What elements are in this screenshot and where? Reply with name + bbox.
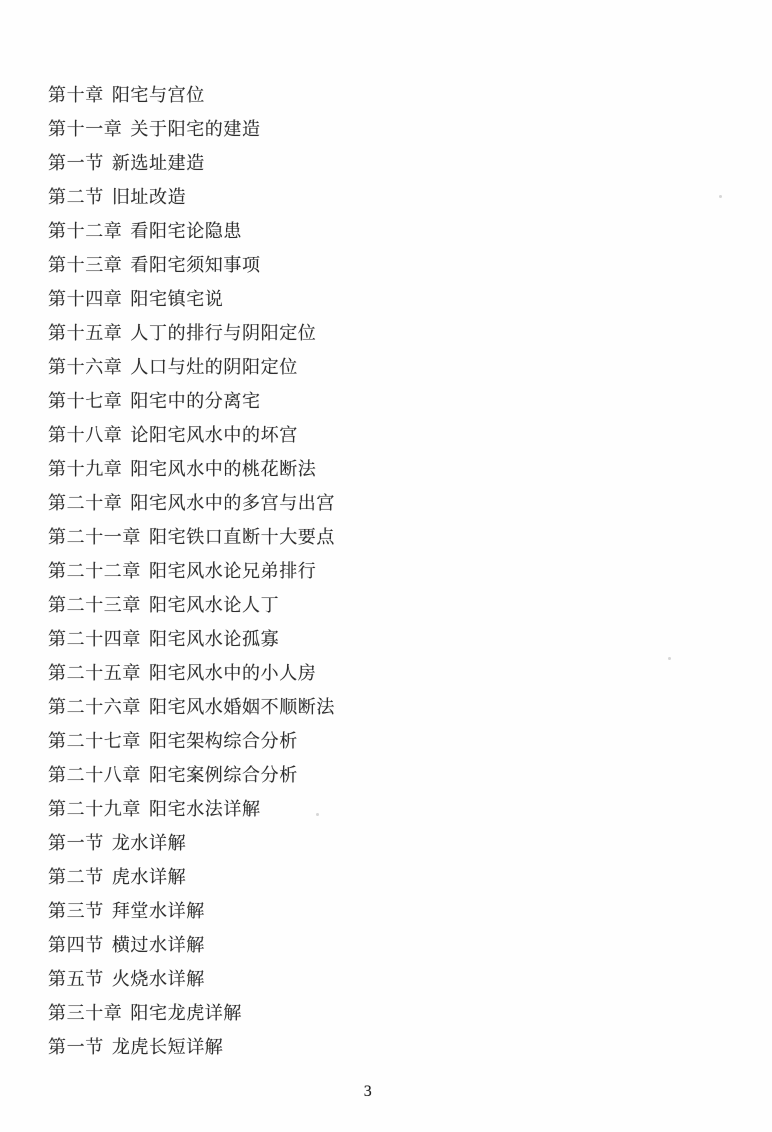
toc-entry-title: 龙水详解 — [112, 829, 186, 855]
toc-entry-label: 第二十五章 — [48, 659, 141, 685]
toc-entry-title: 阳宅水法详解 — [149, 795, 261, 821]
toc-entry: 第二十三章 阳宅风水论人丁 — [48, 587, 335, 621]
toc-entry-title: 阳宅案例综合分析 — [149, 761, 298, 787]
table-of-contents: 第十章 阳宅与宫位 第十一章 关于阳宅的建造 第一节 新选址建造 第二节 旧址改… — [48, 77, 335, 1063]
toc-entry: 第十二章 看阳宅论隐患 — [48, 213, 335, 247]
toc-entry: 第五节 火烧水详解 — [48, 961, 335, 995]
toc-entry-title: 阳宅铁口直断十大要点 — [149, 523, 335, 549]
toc-entry-label: 第十一章 — [48, 115, 122, 141]
toc-entry: 第一节 新选址建造 — [48, 145, 335, 179]
toc-entry: 第二十章 阳宅风水中的多宫与出宫 — [48, 485, 335, 519]
toc-entry-label: 第一节 — [48, 1033, 104, 1059]
toc-entry-title: 看阳宅论隐患 — [130, 217, 242, 243]
toc-entry-label: 第一节 — [48, 829, 104, 855]
toc-entry-label: 第五节 — [48, 965, 104, 991]
toc-entry: 第十一章 关于阳宅的建造 — [48, 111, 335, 145]
toc-entry-title: 阳宅风水论兄弟排行 — [149, 557, 316, 583]
toc-entry: 第二十六章 阳宅风水婚姻不顺断法 — [48, 689, 335, 723]
toc-entry-label: 第二十六章 — [48, 693, 141, 719]
toc-entry-label: 第十章 — [48, 81, 104, 107]
toc-entry-label: 第十八章 — [48, 421, 122, 447]
toc-entry-label: 第二节 — [48, 863, 104, 889]
toc-entry: 第二十五章 阳宅风水中的小人房 — [48, 655, 335, 689]
toc-entry: 第二十二章 阳宅风水论兄弟排行 — [48, 553, 335, 587]
scan-speck — [316, 813, 319, 816]
toc-entry-label: 第二十四章 — [48, 625, 141, 651]
toc-entry-title: 阳宅风水婚姻不顺断法 — [149, 693, 335, 719]
scan-speck — [668, 657, 671, 660]
toc-entry-label: 第十五章 — [48, 319, 122, 345]
toc-entry: 第十三章 看阳宅须知事项 — [48, 247, 335, 281]
toc-entry-title: 阳宅风水中的桃花断法 — [130, 455, 316, 481]
toc-entry: 第二节 旧址改造 — [48, 179, 335, 213]
toc-entry: 第一节 龙水详解 — [48, 825, 335, 859]
toc-entry: 第二十九章 阳宅水法详解 — [48, 791, 335, 825]
toc-entry: 第二节 虎水详解 — [48, 859, 335, 893]
toc-entry-title: 虎水详解 — [112, 863, 186, 889]
toc-entry-title: 阳宅龙虎详解 — [130, 999, 242, 1025]
toc-entry-label: 第二十七章 — [48, 727, 141, 753]
toc-entry-label: 第二十二章 — [48, 557, 141, 583]
toc-entry-label: 第十三章 — [48, 251, 122, 277]
toc-entry-title: 火烧水详解 — [112, 965, 205, 991]
toc-entry-title: 阳宅风水论孤寡 — [149, 625, 279, 651]
toc-entry-title: 新选址建造 — [112, 149, 205, 175]
toc-entry: 第十六章 人口与灶的阴阳定位 — [48, 349, 335, 383]
toc-entry-label: 第十六章 — [48, 353, 122, 379]
toc-entry-label: 第十四章 — [48, 285, 122, 311]
toc-entry: 第十九章 阳宅风水中的桃花断法 — [48, 451, 335, 485]
toc-entry: 第二十一章 阳宅铁口直断十大要点 — [48, 519, 335, 553]
toc-entry-title: 论阳宅风水中的坏宫 — [130, 421, 297, 447]
toc-entry-label: 第二节 — [48, 183, 104, 209]
toc-entry-label: 第二十八章 — [48, 761, 141, 787]
document-page: 第十章 阳宅与宫位 第十一章 关于阳宅的建造 第一节 新选址建造 第二节 旧址改… — [0, 0, 772, 1132]
page-number: 3 — [0, 1083, 736, 1101]
toc-entry-label: 第一节 — [48, 149, 104, 175]
toc-entry: 第三节 拜堂水详解 — [48, 893, 335, 927]
toc-entry-title: 阳宅中的分离宅 — [130, 387, 260, 413]
toc-entry-title: 人口与灶的阴阳定位 — [130, 353, 297, 379]
toc-entry-label: 第二十九章 — [48, 795, 141, 821]
toc-entry: 第十四章 阳宅镇宅说 — [48, 281, 335, 315]
toc-entry-title: 阳宅镇宅说 — [130, 285, 223, 311]
toc-entry-label: 第三节 — [48, 897, 104, 923]
toc-entry-label: 第十七章 — [48, 387, 122, 413]
toc-entry-title: 横过水详解 — [112, 931, 205, 957]
toc-entry-title: 关于阳宅的建造 — [130, 115, 260, 141]
toc-entry-label: 第十二章 — [48, 217, 122, 243]
toc-entry: 第十五章 人丁的排行与阴阳定位 — [48, 315, 335, 349]
toc-entry-title: 龙虎长短详解 — [112, 1033, 224, 1059]
toc-entry-label: 第四节 — [48, 931, 104, 957]
toc-entry: 第二十八章 阳宅案例综合分析 — [48, 757, 335, 791]
toc-entry-label: 第二十一章 — [48, 523, 141, 549]
toc-entry: 第十八章 论阳宅风水中的坏宫 — [48, 417, 335, 451]
toc-entry-title: 旧址改造 — [112, 183, 186, 209]
toc-entry: 第三十章 阳宅龙虎详解 — [48, 995, 335, 1029]
toc-entry: 第十章 阳宅与宫位 — [48, 77, 335, 111]
toc-entry-title: 阳宅风水论人丁 — [149, 591, 279, 617]
scan-speck — [719, 195, 722, 198]
toc-entry-label: 第二十章 — [48, 489, 122, 515]
toc-entry: 第二十四章 阳宅风水论孤寡 — [48, 621, 335, 655]
toc-entry-title: 阳宅与宫位 — [112, 81, 205, 107]
toc-entry: 第一节 龙虎长短详解 — [48, 1029, 335, 1063]
toc-entry: 第二十七章 阳宅架构综合分析 — [48, 723, 335, 757]
toc-entry-title: 看阳宅须知事项 — [130, 251, 260, 277]
toc-entry-title: 拜堂水详解 — [112, 897, 205, 923]
toc-entry-title: 阳宅风水中的多宫与出宫 — [130, 489, 335, 515]
toc-entry-title: 阳宅风水中的小人房 — [149, 659, 316, 685]
toc-entry-label: 第二十三章 — [48, 591, 141, 617]
toc-entry-title: 阳宅架构综合分析 — [149, 727, 298, 753]
toc-entry: 第四节 横过水详解 — [48, 927, 335, 961]
toc-entry-title: 人丁的排行与阴阳定位 — [130, 319, 316, 345]
toc-entry: 第十七章 阳宅中的分离宅 — [48, 383, 335, 417]
toc-entry-label: 第三十章 — [48, 999, 122, 1025]
toc-entry-label: 第十九章 — [48, 455, 122, 481]
